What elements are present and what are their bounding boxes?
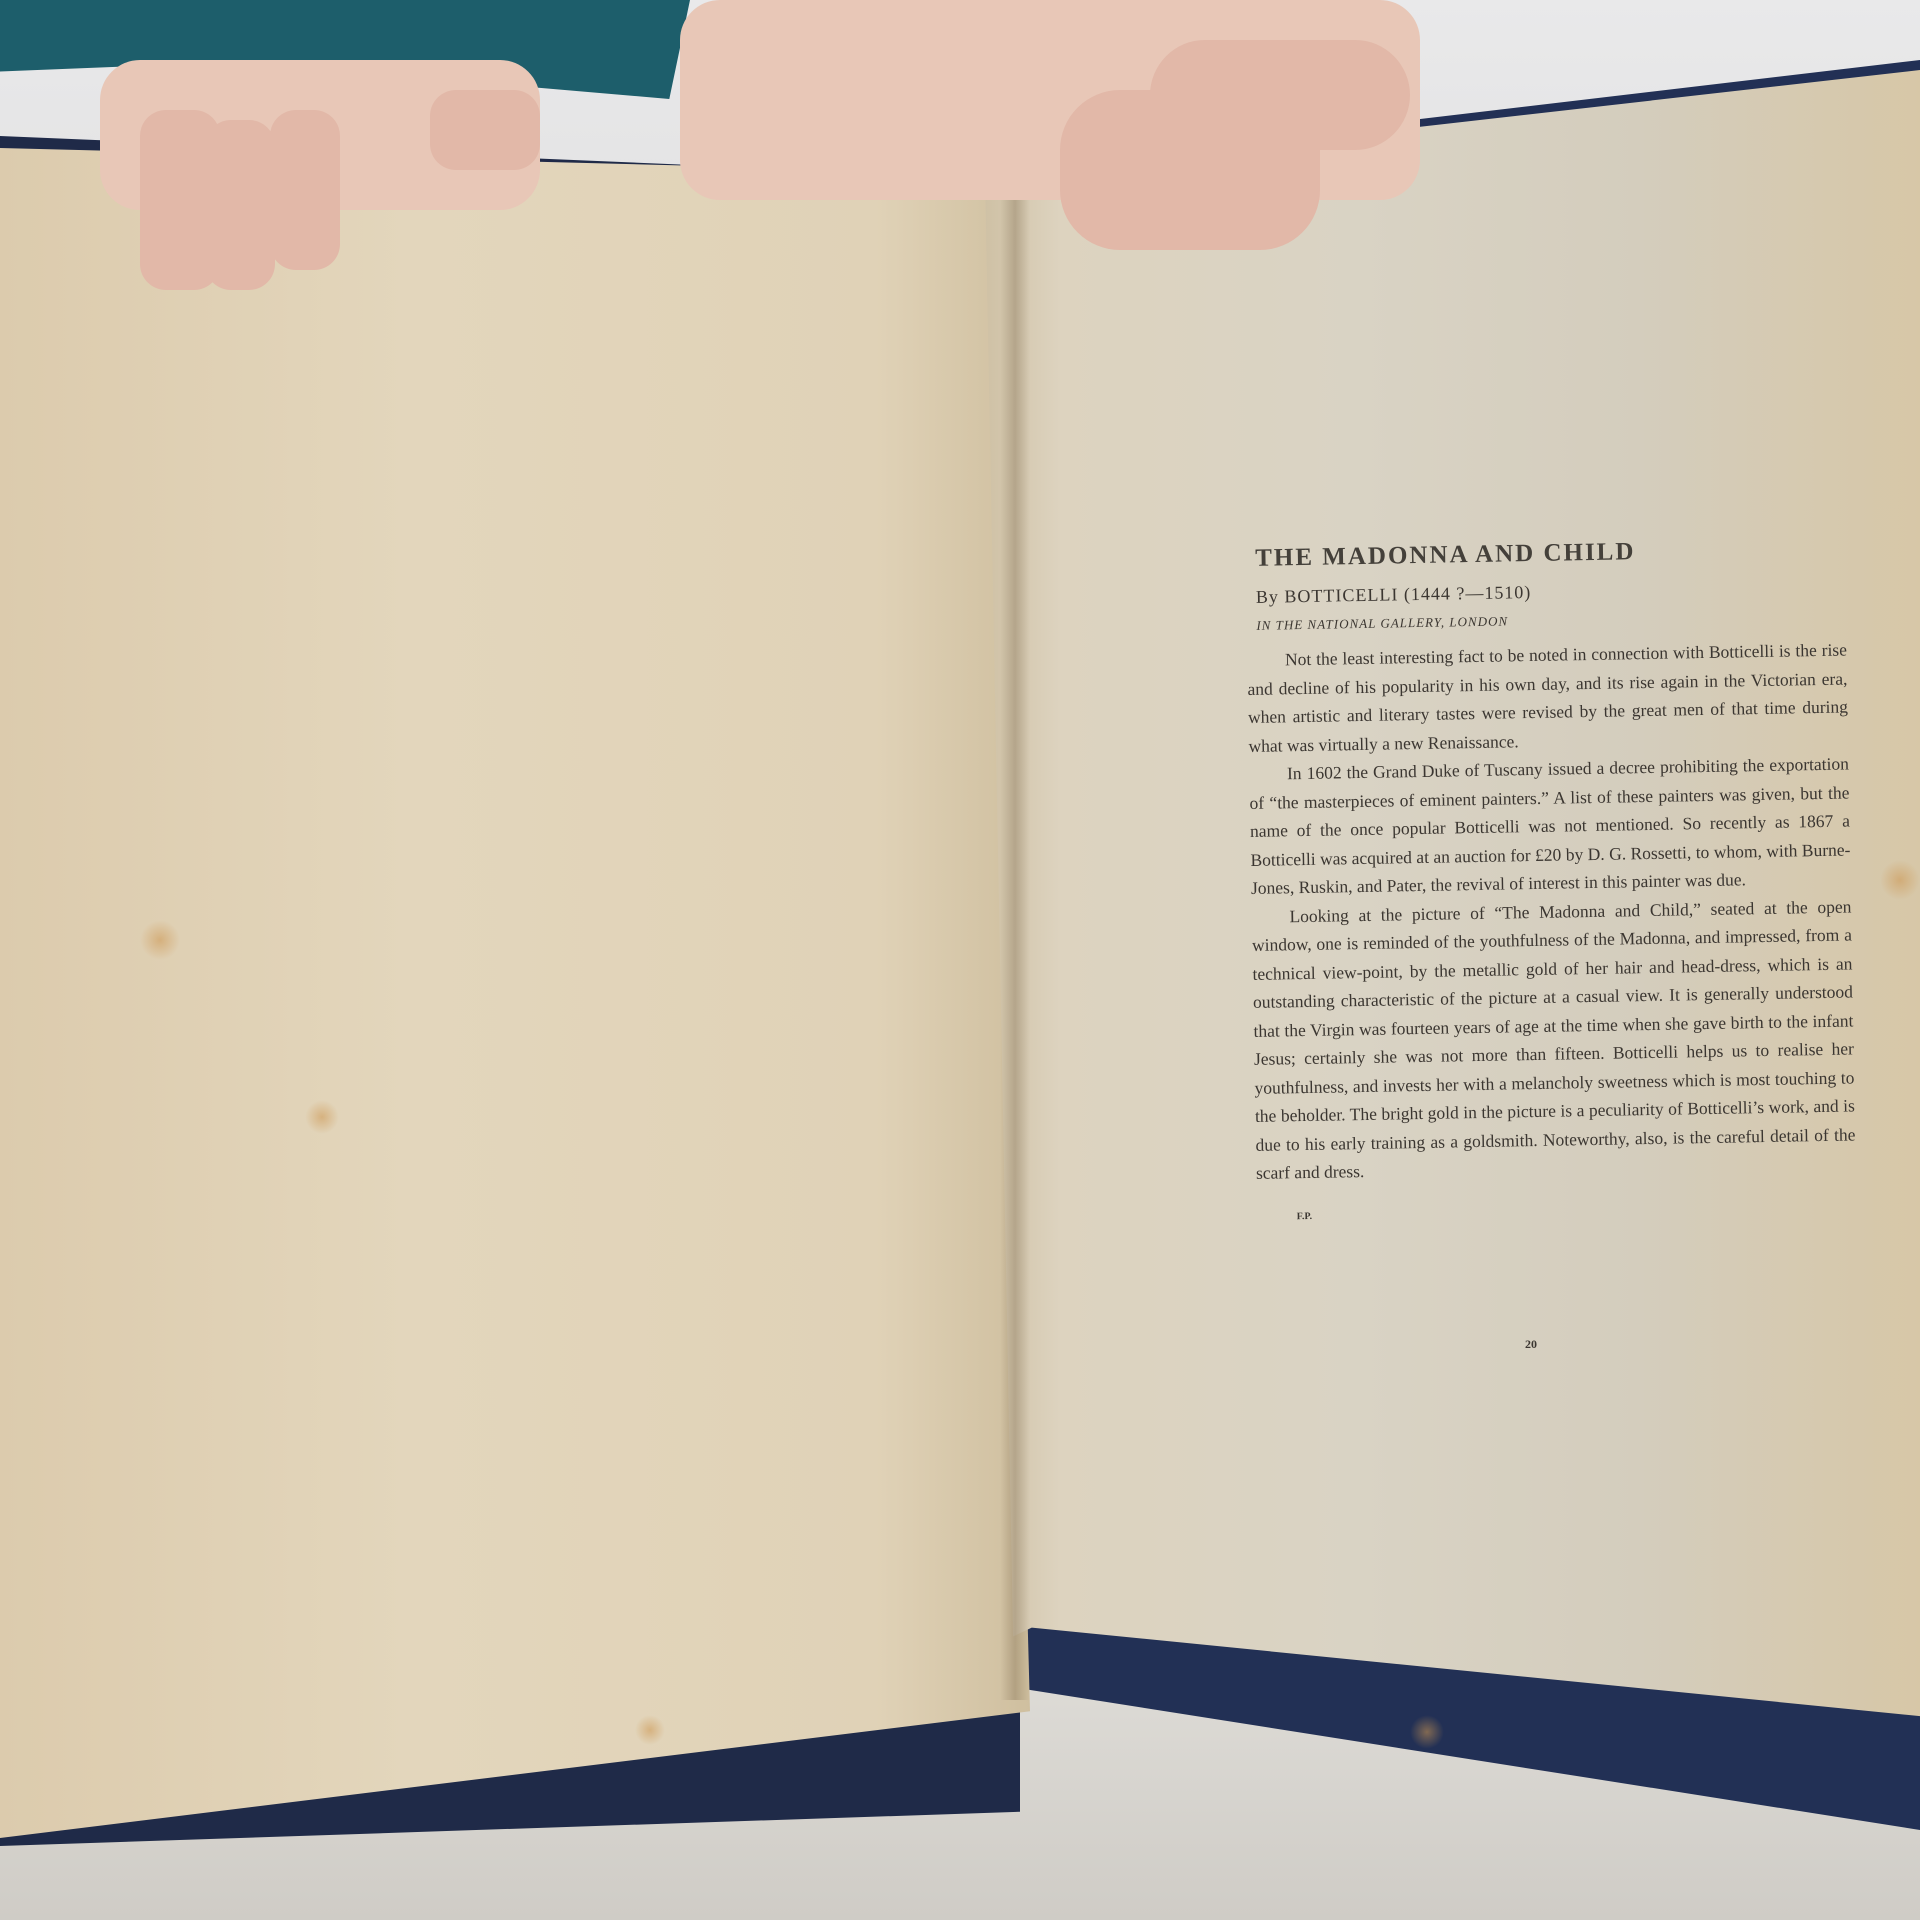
gallery-location: IN THE NATIONAL GALLERY, LONDON [1256, 608, 1846, 634]
article-text: THE MADONNA AND CHILD By BOTTICELLI (144… [1245, 535, 1857, 1223]
finger [430, 90, 540, 170]
paragraph: Not the least interesting fact to be not… [1247, 636, 1849, 760]
book-gutter [1000, 170, 1030, 1700]
left-page-blank [0, 148, 1030, 1838]
paragraph: In 1602 the Grand Duke of Tuscany issued… [1249, 749, 1851, 902]
photo-scene: THE MADONNA AND CHILD By BOTTICELLI (144… [0, 0, 1920, 1920]
foxing-spot [635, 1715, 665, 1745]
page-number: 20 [1525, 1337, 1537, 1352]
finger [1150, 40, 1410, 150]
foxing-spot [140, 920, 180, 960]
finger [205, 120, 275, 290]
foxing-spot [1880, 860, 1920, 900]
finger [270, 110, 340, 270]
foxing-spot [1410, 1715, 1444, 1749]
foxing-spot [305, 1100, 339, 1134]
paragraph: Looking at the picture of “The Madonna a… [1251, 892, 1856, 1187]
artist-byline: By BOTTICELLI (1444 ?—1510) [1256, 577, 1846, 608]
